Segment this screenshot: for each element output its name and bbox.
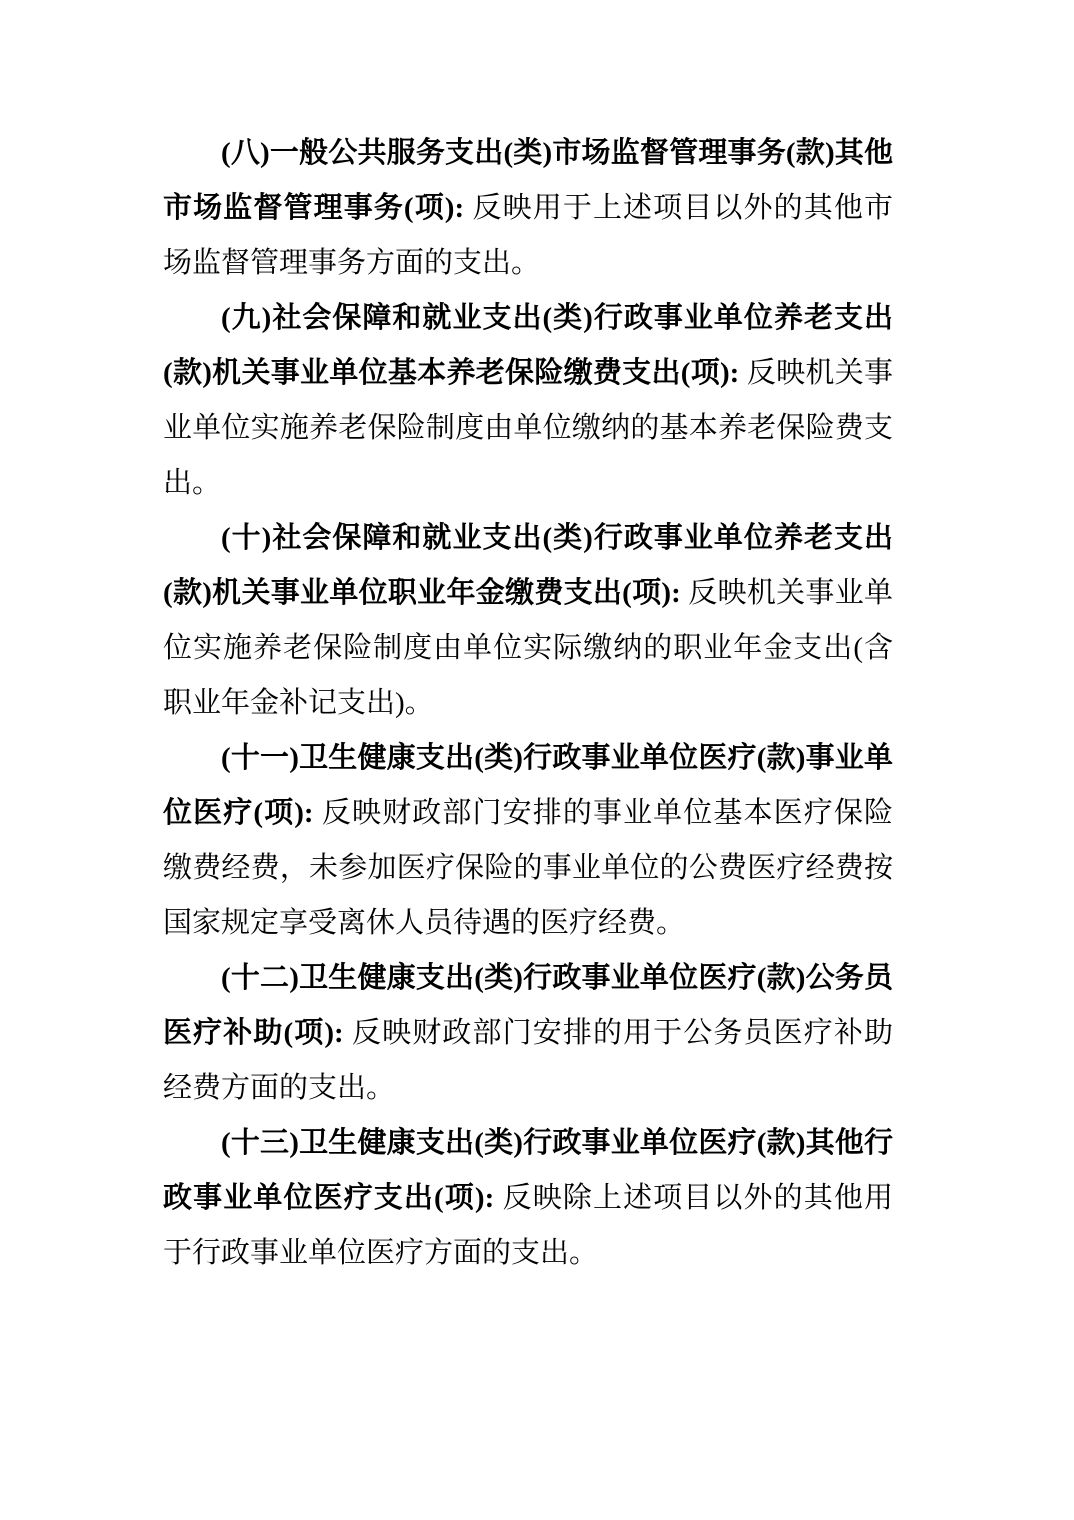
paragraph: (十三)卫生健康支出(类)行政事业单位医疗(款)其他行政事业单位医疗支出(项):…: [163, 1116, 893, 1281]
paragraph: (十一)卫生健康支出(类)行政事业单位医疗(款)事业单位医疗(项): 反映财政部…: [163, 731, 893, 951]
paragraph: (十)社会保障和就业支出(类)行政事业单位养老支出(款)机关事业单位职业年金缴费…: [163, 511, 893, 731]
paragraph-list: (八)一般公共服务支出(类)市场监督管理事务(款)其他市场监督管理事务(项): …: [163, 126, 893, 1281]
paragraph: (十二)卫生健康支出(类)行政事业单位医疗(款)公务员医疗补助(项): 反映财政…: [163, 951, 893, 1116]
paragraph: (八)一般公共服务支出(类)市场监督管理事务(款)其他市场监督管理事务(项): …: [163, 126, 893, 291]
paragraph: (九)社会保障和就业支出(类)行政事业单位养老支出(款)机关事业单位基本养老保险…: [163, 291, 893, 511]
document-page: (八)一般公共服务支出(类)市场监督管理事务(款)其他市场监督管理事务(项): …: [0, 0, 1074, 1520]
